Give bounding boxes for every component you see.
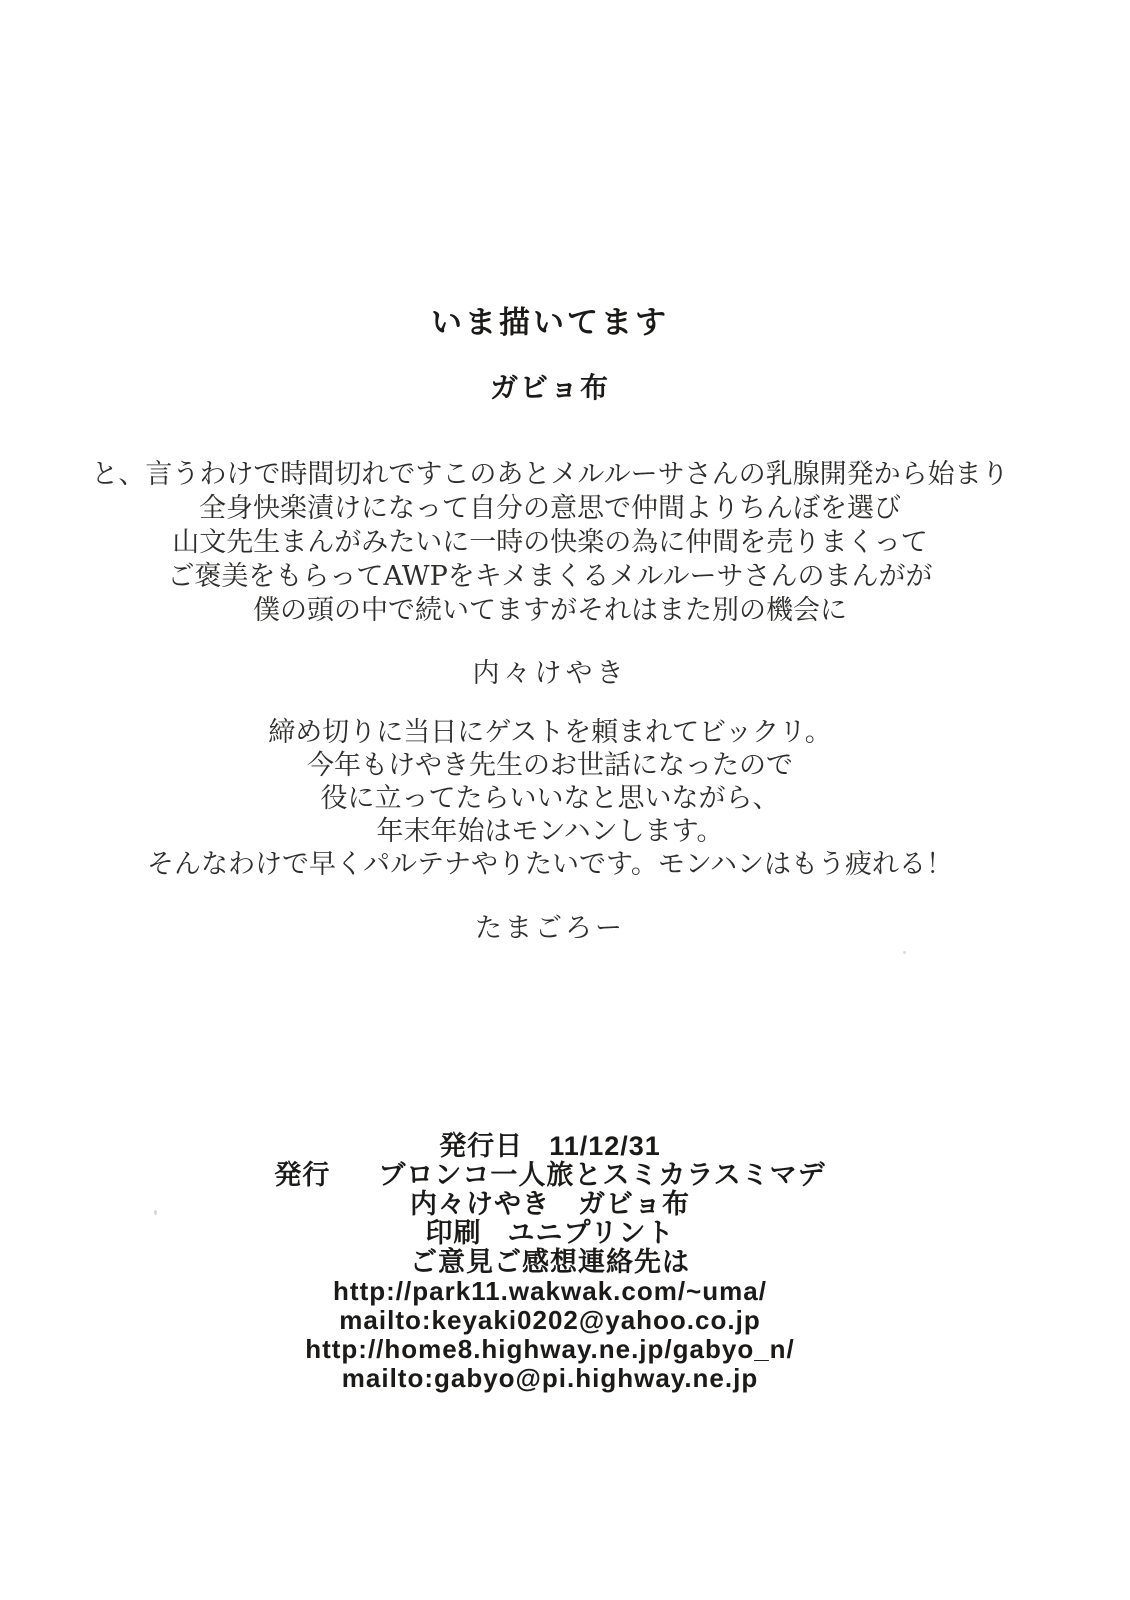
afterword-line: 全身快楽漬けになって自分の意思で仲間よりちんぼを選び: [0, 492, 1100, 526]
publish-date-label: 発行日: [439, 1132, 523, 1161]
scan-speck: [868, 500, 872, 504]
afterword-line: 年末年始はモンハンします。: [0, 815, 1100, 848]
colophon-authors: 内々けやき ガビョ布: [0, 1190, 1100, 1219]
publisher-value: ブロンコ一人旅とスミカラスミマデ: [378, 1160, 825, 1190]
scan-speck: [154, 1210, 157, 1215]
colophon-url-gabyo: http://home8.highway.ne.jp/gabyo_n/: [0, 1335, 1100, 1364]
colophon-mail-keyaki: mailto:keyaki0202@yahoo.co.jp: [0, 1306, 1100, 1335]
afterword-line: そんなわけで早くパルテナやりたいです。モンハンはもう疲れる！: [0, 848, 1100, 881]
publisher-label: 発行: [274, 1161, 330, 1190]
printer-value: ユニプリント: [508, 1218, 675, 1248]
colophon-printer: 印刷ユニプリント: [0, 1219, 1100, 1248]
colophon-contact-heading: ご意見ご感想連絡先は: [0, 1248, 1100, 1277]
publish-date-value: 11/12/31: [549, 1131, 661, 1161]
afterword-line: ご褒美をもらってAWPをキメまくるメルルーサさんのまんがが: [0, 560, 1100, 594]
afterword-gabyo-paragraph: と、言うわけで時間切れですこのあとメルルーサさんの乳腺開発から始まり 全身快楽漬…: [0, 458, 1100, 628]
afterword-line: と、言うわけで時間切れですこのあとメルルーサさんの乳腺開発から始まり: [0, 458, 1100, 492]
author-name-keyaki: 内々けやき: [0, 651, 1100, 690]
afterword-line: 山文先生まんがみたいに一時の快楽の為に仲間を売りまくって: [0, 526, 1100, 560]
colophon-publisher: 発行ブロンコ一人旅とスミカラスミマデ: [0, 1161, 1100, 1190]
author-name-tamagoro: たまごろー: [0, 906, 1100, 945]
afterword-line: 僕の頭の中で続いてますがそれはまた別の機会に: [0, 594, 1100, 628]
colophon: 発行日11/12/31 発行ブロンコ一人旅とスミカラスミマデ 内々けやき ガビョ…: [0, 1132, 1100, 1393]
colophon-publish-date: 発行日11/12/31: [0, 1132, 1100, 1161]
scan-speck: [903, 951, 906, 954]
author-name-gabyo: ガビョ布: [0, 366, 1100, 406]
afterword-line: 役に立ってたらいいなと思いながら、: [0, 782, 1100, 815]
page-title: いま描いてます: [0, 297, 1100, 342]
printer-label: 印刷: [426, 1219, 482, 1248]
afterword-tamagoro-paragraph: 締め切りに当日にゲストを頼まれてビックリ。 今年もけやき先生のお世話になったので…: [0, 716, 1100, 881]
afterword-line: 今年もけやき先生のお世話になったので: [0, 749, 1100, 782]
colophon-url-keyaki: http://park11.wakwak.com/~uma/: [0, 1277, 1100, 1306]
afterword-line: 締め切りに当日にゲストを頼まれてビックリ。: [0, 716, 1100, 749]
colophon-mail-gabyo: mailto:gabyo@pi.highway.ne.jp: [0, 1364, 1100, 1393]
scanned-afterword-page: いま描いてます ガビョ布 と、言うわけで時間切れですこのあとメルルーサさんの乳腺…: [0, 0, 1130, 1600]
